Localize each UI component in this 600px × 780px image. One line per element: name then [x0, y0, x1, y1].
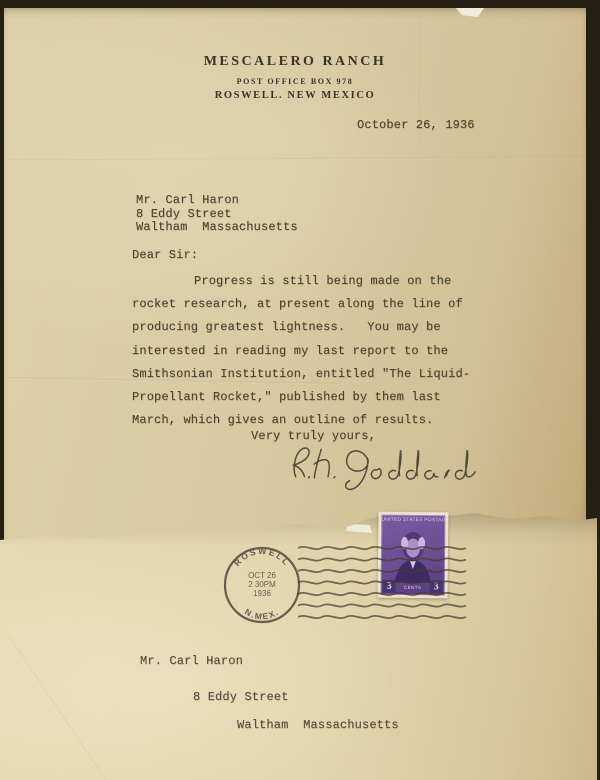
envelope-address-line-1: Mr. Carl Haron — [140, 654, 243, 668]
envelope-crease — [5, 632, 107, 780]
fold-crease — [4, 156, 586, 161]
letterhead-pobox: POST OFFICE BOX 978 — [4, 77, 586, 86]
postmark-date-text: OCT 26 — [248, 571, 276, 580]
cancellation-wavy-lines — [298, 547, 466, 618]
body-paragraph: Progress is still being made on the rock… — [132, 270, 470, 432]
paper-tear-notch — [456, 8, 484, 17]
recipient-block: Mr. Carl Haron 8 Eddy Street Waltham Mas… — [136, 194, 298, 235]
letterhead-name: MESCALERO RANCH — [4, 54, 586, 70]
postmark-time-text: 2 30PM — [248, 580, 276, 589]
body-line: producing greatest lightness. You may be — [132, 316, 470, 339]
body-line: Propellant Rocket," published by them la… — [132, 386, 470, 409]
signature — [282, 436, 478, 494]
letterhead: MESCALERO RANCH POST OFFICE BOX 978 ROSW… — [4, 54, 586, 101]
stamp-country-text: UNITED STATES POSTAGE — [381, 517, 445, 524]
body-line: rocket research, at present along the li… — [132, 293, 470, 316]
body-line: Progress is still being made on the — [132, 270, 470, 293]
recipient-line-3: Waltham Massachusetts — [136, 221, 298, 235]
svg-text:ROSWELL: ROSWELL — [232, 546, 293, 568]
body-line: interested in reading my last report to … — [132, 340, 470, 363]
letterhead-city: ROSWELL. NEW MEXICO — [4, 90, 586, 101]
scanned-document: MESCALERO RANCH POST OFFICE BOX 978 ROSW… — [0, 0, 600, 780]
postmark-city-text: ROSWELL — [232, 546, 293, 568]
postmark: ROSWELL N.MEX. OCT 26 2 30PM 1936 — [200, 528, 490, 632]
letter-page: MESCALERO RANCH POST OFFICE BOX 978 ROSW… — [4, 8, 586, 560]
postmark-year-text: 1936 — [253, 589, 271, 598]
recipient-line-1: Mr. Carl Haron — [136, 194, 298, 208]
envelope-address-line-2: 8 Eddy Street — [193, 690, 289, 704]
recipient-line-2: 8 Eddy Street — [136, 208, 298, 222]
salutation: Dear Sir: — [132, 248, 198, 262]
date-line: October 26, 1936 — [357, 118, 475, 132]
envelope-address-line-3: Waltham Massachusetts — [237, 718, 399, 732]
body-line: Smithsonian Institution, entitled "The L… — [132, 363, 470, 386]
